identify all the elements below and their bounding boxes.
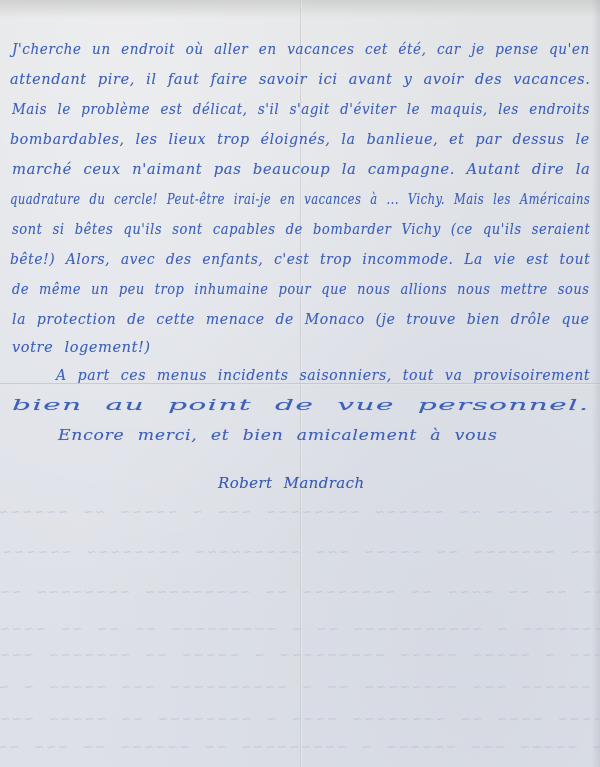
letter-line: la protection de cette menace de Monaco … [12, 312, 590, 328]
letter-line: votre logement!) [12, 340, 151, 356]
bleed-through-line: ~~~~ ~~ ~~ ~~~~ ~~ ~~~~~~~~ ~~ ~~~~~~~~~… [0, 585, 600, 600]
letter-line: attendant pire, il faut faire savoir ici… [10, 72, 590, 88]
bleed-through-line: ~~~~~ ~~~~~~~ ~~ ~~~~~ ~~~ ~~~~~~~~~ ~~~… [0, 545, 600, 560]
letter-line: J'cherche un endroit où aller en vacance… [12, 42, 590, 58]
letter-line: A part ces menus incidents saisonniers, … [56, 368, 590, 384]
letter-line: de même un peu trop inhumaine pour que n… [12, 282, 589, 298]
bleed-through-line: ~~~~~~ ~~~~ ~~ ~~~~~~~~ ~~~~ ~ ~~~~~~~~ … [0, 712, 600, 727]
bleed-through-line: ~ ~~~ ~~~~~ ~~ ~~~~~~ ~~~~~~~~ ~~~ ~ ~~~… [0, 505, 600, 520]
signature: Robert Mandrach [218, 474, 365, 492]
letter-line: bien au point de vue personnel. [12, 398, 589, 414]
letter-line: marché ceux n'aimant pas beaucoup la cam… [12, 162, 590, 178]
bleed-through-line: ~~ ~~~~~~ ~~~ ~~~~~~~~ ~~ ~ ~~~~~~~~~~ ~… [0, 680, 600, 695]
letter-line: quadrature du cercle! Peut-être irai-je … [10, 192, 590, 208]
letter-line: bombardables, les lieux trop éloignés, l… [10, 132, 590, 148]
bleed-through-line: ~ ~ ~~~~~ ~~~ ~~~~~~ ~ ~~~~~~~~~ ~~ ~~~~… [0, 740, 600, 755]
bleed-through-line: ~~~~~~~~~ ~ ~~~~~~~~~~~ ~~ ~ ~~~~~~~~~ ~… [0, 622, 600, 637]
letter-line: sont si bêtes qu'ils sont capables de bo… [12, 222, 590, 238]
letter-page: ~ ~~~ ~~~~~ ~~ ~~~~~~ ~~~~~~~~ ~~~ ~ ~~~… [0, 0, 600, 767]
bleed-through-line: ~~~~~ ~ ~~~~~ ~~~~~ ~~~~~~~~~ ~ ~~~~~ ~~… [0, 648, 600, 663]
letter-line: bête!) Alors, avec des enfants, c'est tr… [10, 252, 590, 268]
letter-line: Mais le problème est délicat, s'il s'agi… [12, 102, 590, 118]
letter-closing: Encore merci, et bien amicalement à vous [58, 428, 498, 444]
